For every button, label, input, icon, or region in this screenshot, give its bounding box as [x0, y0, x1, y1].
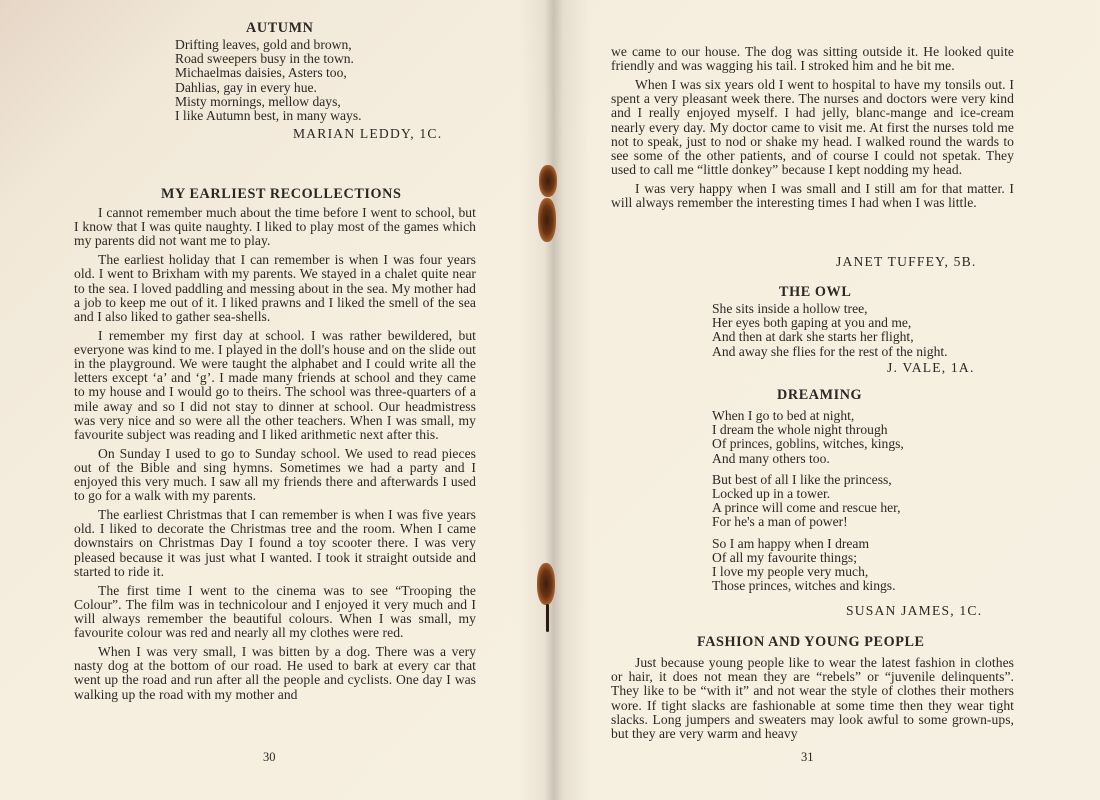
poem-line: For he's a man of power!	[712, 515, 904, 529]
recollections-continued-body: we came to our house. The dog was sittin…	[611, 45, 1014, 215]
poem-line: Michaelmas daisies, Asters too,	[175, 66, 362, 80]
fashion-body: Just because young people like to wear t…	[611, 656, 1014, 746]
paragraph: The first time I went to the cinema was …	[74, 584, 476, 641]
stanza: But best of all I like the princess, Loc…	[712, 473, 904, 530]
autumn-author: MARIAN LEDDY, 1C.	[293, 126, 442, 142]
fashion-title: FASHION AND YOUNG PEOPLE	[697, 634, 925, 651]
paragraph: I remember my first day at school. I was…	[74, 329, 476, 443]
open-booklet-spread: AUTUMN Drifting leaves, gold and brown, …	[0, 0, 1100, 800]
paragraph: The earliest holiday that I can remember…	[74, 253, 476, 324]
owl-title: THE OWL	[779, 284, 851, 301]
stanza: So I am happy when I dream Of all my fav…	[712, 537, 904, 594]
autumn-poem: Drifting leaves, gold and brown, Road sw…	[175, 38, 362, 123]
paragraph: we came to our house. The dog was sittin…	[611, 45, 1014, 73]
poem-line: I dream the whole night through	[712, 423, 904, 437]
poem-line: Locked up in a tower.	[712, 487, 904, 501]
poem-line: And then at dark she starts her flight,	[712, 330, 948, 344]
recollections-title: MY EARLIEST RECOLLECTIONS	[161, 186, 401, 203]
paragraph: On Sunday I used to go to Sunday school.…	[74, 447, 476, 504]
poem-line: When I go to bed at night,	[712, 409, 904, 423]
poem-line: Dahlias, gay in every hue.	[175, 81, 362, 95]
paragraph: I cannot remember much about the time be…	[74, 206, 476, 249]
autumn-title: AUTUMN	[246, 20, 313, 37]
page-number-left: 30	[263, 750, 276, 765]
poem-line: Road sweepers busy in the town.	[175, 52, 362, 66]
page-number-right: 31	[801, 750, 814, 765]
poem-line: A prince will come and rescue her,	[712, 501, 904, 515]
paragraph: I was very happy when I was small and I …	[611, 182, 1014, 210]
poem-line: Those princes, witches and kings.	[712, 579, 904, 593]
recollections-body: I cannot remember much about the time be…	[74, 206, 476, 706]
paragraph: Just because young people like to wear t…	[611, 656, 1014, 741]
dreaming-author: SUSAN JAMES, 1C.	[846, 603, 982, 619]
poem-line: Her eyes both gaping at you and me,	[712, 316, 948, 330]
poem-line: Of all my favourite things;	[712, 551, 904, 565]
poem-line: She sits inside a hollow tree,	[712, 302, 948, 316]
poem-line: Misty mornings, mellow days,	[175, 95, 362, 109]
paragraph: When I was six years old I went to hospi…	[611, 78, 1014, 177]
dreaming-poem: When I go to bed at night, I dream the w…	[712, 409, 904, 600]
poem-line: So I am happy when I dream	[712, 537, 904, 551]
poem-line: But best of all I like the princess,	[712, 473, 904, 487]
owl-poem: She sits inside a hollow tree, Her eyes …	[712, 302, 948, 359]
poem-line: I love my people very much,	[712, 565, 904, 579]
poem-line: Of princes, goblins, witches, kings,	[712, 437, 904, 451]
poem-line: And many others too.	[712, 452, 904, 466]
paragraph: When I was very small, I was bitten by a…	[74, 645, 476, 702]
stanza: When I go to bed at night, I dream the w…	[712, 409, 904, 466]
poem-line: And away she flies for the rest of the n…	[712, 345, 948, 359]
left-page: AUTUMN Drifting leaves, gold and brown, …	[0, 0, 545, 800]
dreaming-title: DREAMING	[777, 387, 862, 404]
recollections-author: JANET TUFFEY, 5B.	[836, 254, 977, 270]
poem-line: Drifting leaves, gold and brown,	[175, 38, 362, 52]
paragraph: The earliest Christmas that I can rememb…	[74, 508, 476, 579]
owl-author: J. VALE, 1A.	[887, 360, 975, 376]
right-page: we came to our house. The dog was sittin…	[545, 0, 1100, 800]
poem-line: I like Autumn best, in many ways.	[175, 109, 362, 123]
